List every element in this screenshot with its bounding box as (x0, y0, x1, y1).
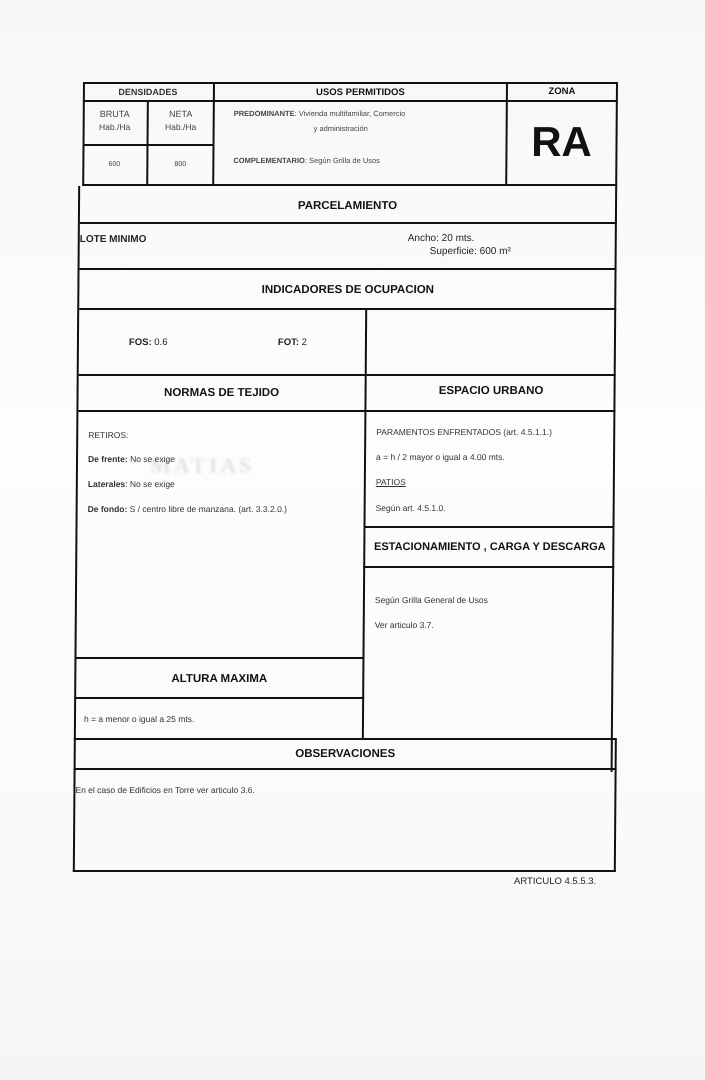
border (74, 697, 364, 699)
fos-value: 0.6 (152, 337, 168, 348)
border (74, 738, 617, 740)
fot-label: FOT: (278, 337, 299, 348)
densidades-header: DENSIDADES (83, 87, 213, 97)
fos: FOS: 0.6 (129, 337, 168, 348)
border (363, 526, 614, 528)
usos-header: USOS PERMITIDOS (215, 87, 506, 98)
neta-value: 800 (148, 161, 212, 168)
observaciones-text: En el caso de Edificios en Torre ver art… (75, 785, 254, 795)
espacio-urbano-header: ESPACIO URBANO (367, 385, 616, 397)
retiro-frente: De frente: No se exige (88, 454, 175, 464)
articulo-number: ARTICULO 4.5.5.3. (514, 876, 596, 887)
estacionamiento-header: ESTACIONAMIENTO , CARGA Y DESCARGA (365, 541, 614, 553)
border (82, 184, 617, 186)
column-divider (362, 308, 367, 740)
complementario-label: COMPLEMENTARIO (233, 156, 305, 165)
bruta-label: BRUTA (83, 109, 147, 119)
normas-header: NORMAS DE TEJIDO (79, 387, 365, 399)
border (74, 768, 617, 770)
border (73, 870, 616, 872)
lote-superficie: Superficie: 600 m² (430, 246, 511, 257)
indicadores-header: INDICADORES DE OCUPACION (79, 284, 616, 296)
paramentos-enfrentados: PARAMENTOS ENFRENTADOS (art. 4.5.1.1.) (376, 427, 552, 437)
lote-ancho: Ancho: 20 mts. (408, 233, 475, 244)
observaciones-header: OBSERVACIONES (76, 748, 615, 760)
border (78, 410, 615, 412)
border (80, 268, 617, 270)
border (82, 144, 212, 146)
complementario-value: : Según Grilla de Usos (305, 156, 380, 165)
altura-value: h = a menor o igual a 25 mts. (84, 714, 194, 724)
lote-minimo-label: LOTE MINIMO (80, 234, 147, 245)
retiro-laterales: Laterales: No se exige (88, 479, 175, 489)
retiro-fondo: De fondo: S / centro libre de manzana. (… (88, 504, 287, 514)
zona-header: ZONA (508, 86, 616, 97)
fot-value: 2 (299, 337, 307, 348)
complementario: COMPLEMENTARIO: Según Grilla de Usos (233, 156, 380, 165)
fot: FOT: 2 (278, 337, 307, 348)
predominante-label: PREDOMINANTE (234, 109, 295, 118)
paramentos-formula: a = h / 2 mayor o igual a 4.00 mts. (376, 452, 505, 462)
estacionamiento-line1: Según Grilla General de Usos (375, 595, 488, 605)
fos-label: FOS: (129, 337, 152, 348)
border (80, 222, 617, 224)
altura-header: ALTURA MAXIMA (76, 673, 362, 685)
parcelamiento-header: PARCELAMIENTO (80, 200, 615, 212)
patios-value: Según art. 4.5.1.0. (376, 503, 446, 513)
predominante-line2: y administración (314, 124, 368, 133)
bruta-value: 600 (82, 161, 146, 168)
border (82, 82, 85, 186)
predominante: PREDOMINANTE: Vivienda multifamiliar, Co… (234, 109, 406, 118)
zoning-sheet: DENSIDADES BRUTA Hab./Ha 600 NETA Hab./H… (73, 82, 622, 872)
border (79, 374, 616, 376)
estacionamiento-line2: Ver articulo 3.7. (375, 620, 434, 630)
border (83, 100, 618, 102)
predominante-value: : Vivienda multifamiliar, Comercio (295, 109, 406, 118)
patios-label: PATIOS (376, 477, 406, 487)
zona-code: RA (507, 118, 615, 166)
border (74, 657, 364, 659)
border (83, 82, 618, 84)
border (79, 308, 616, 310)
bruta-unit: Hab./Ha (83, 122, 147, 132)
neta-unit: Hab./Ha (149, 122, 213, 132)
border (363, 566, 614, 568)
neta-label: NETA (149, 109, 213, 119)
retiros-label: RETIROS: (88, 430, 128, 440)
